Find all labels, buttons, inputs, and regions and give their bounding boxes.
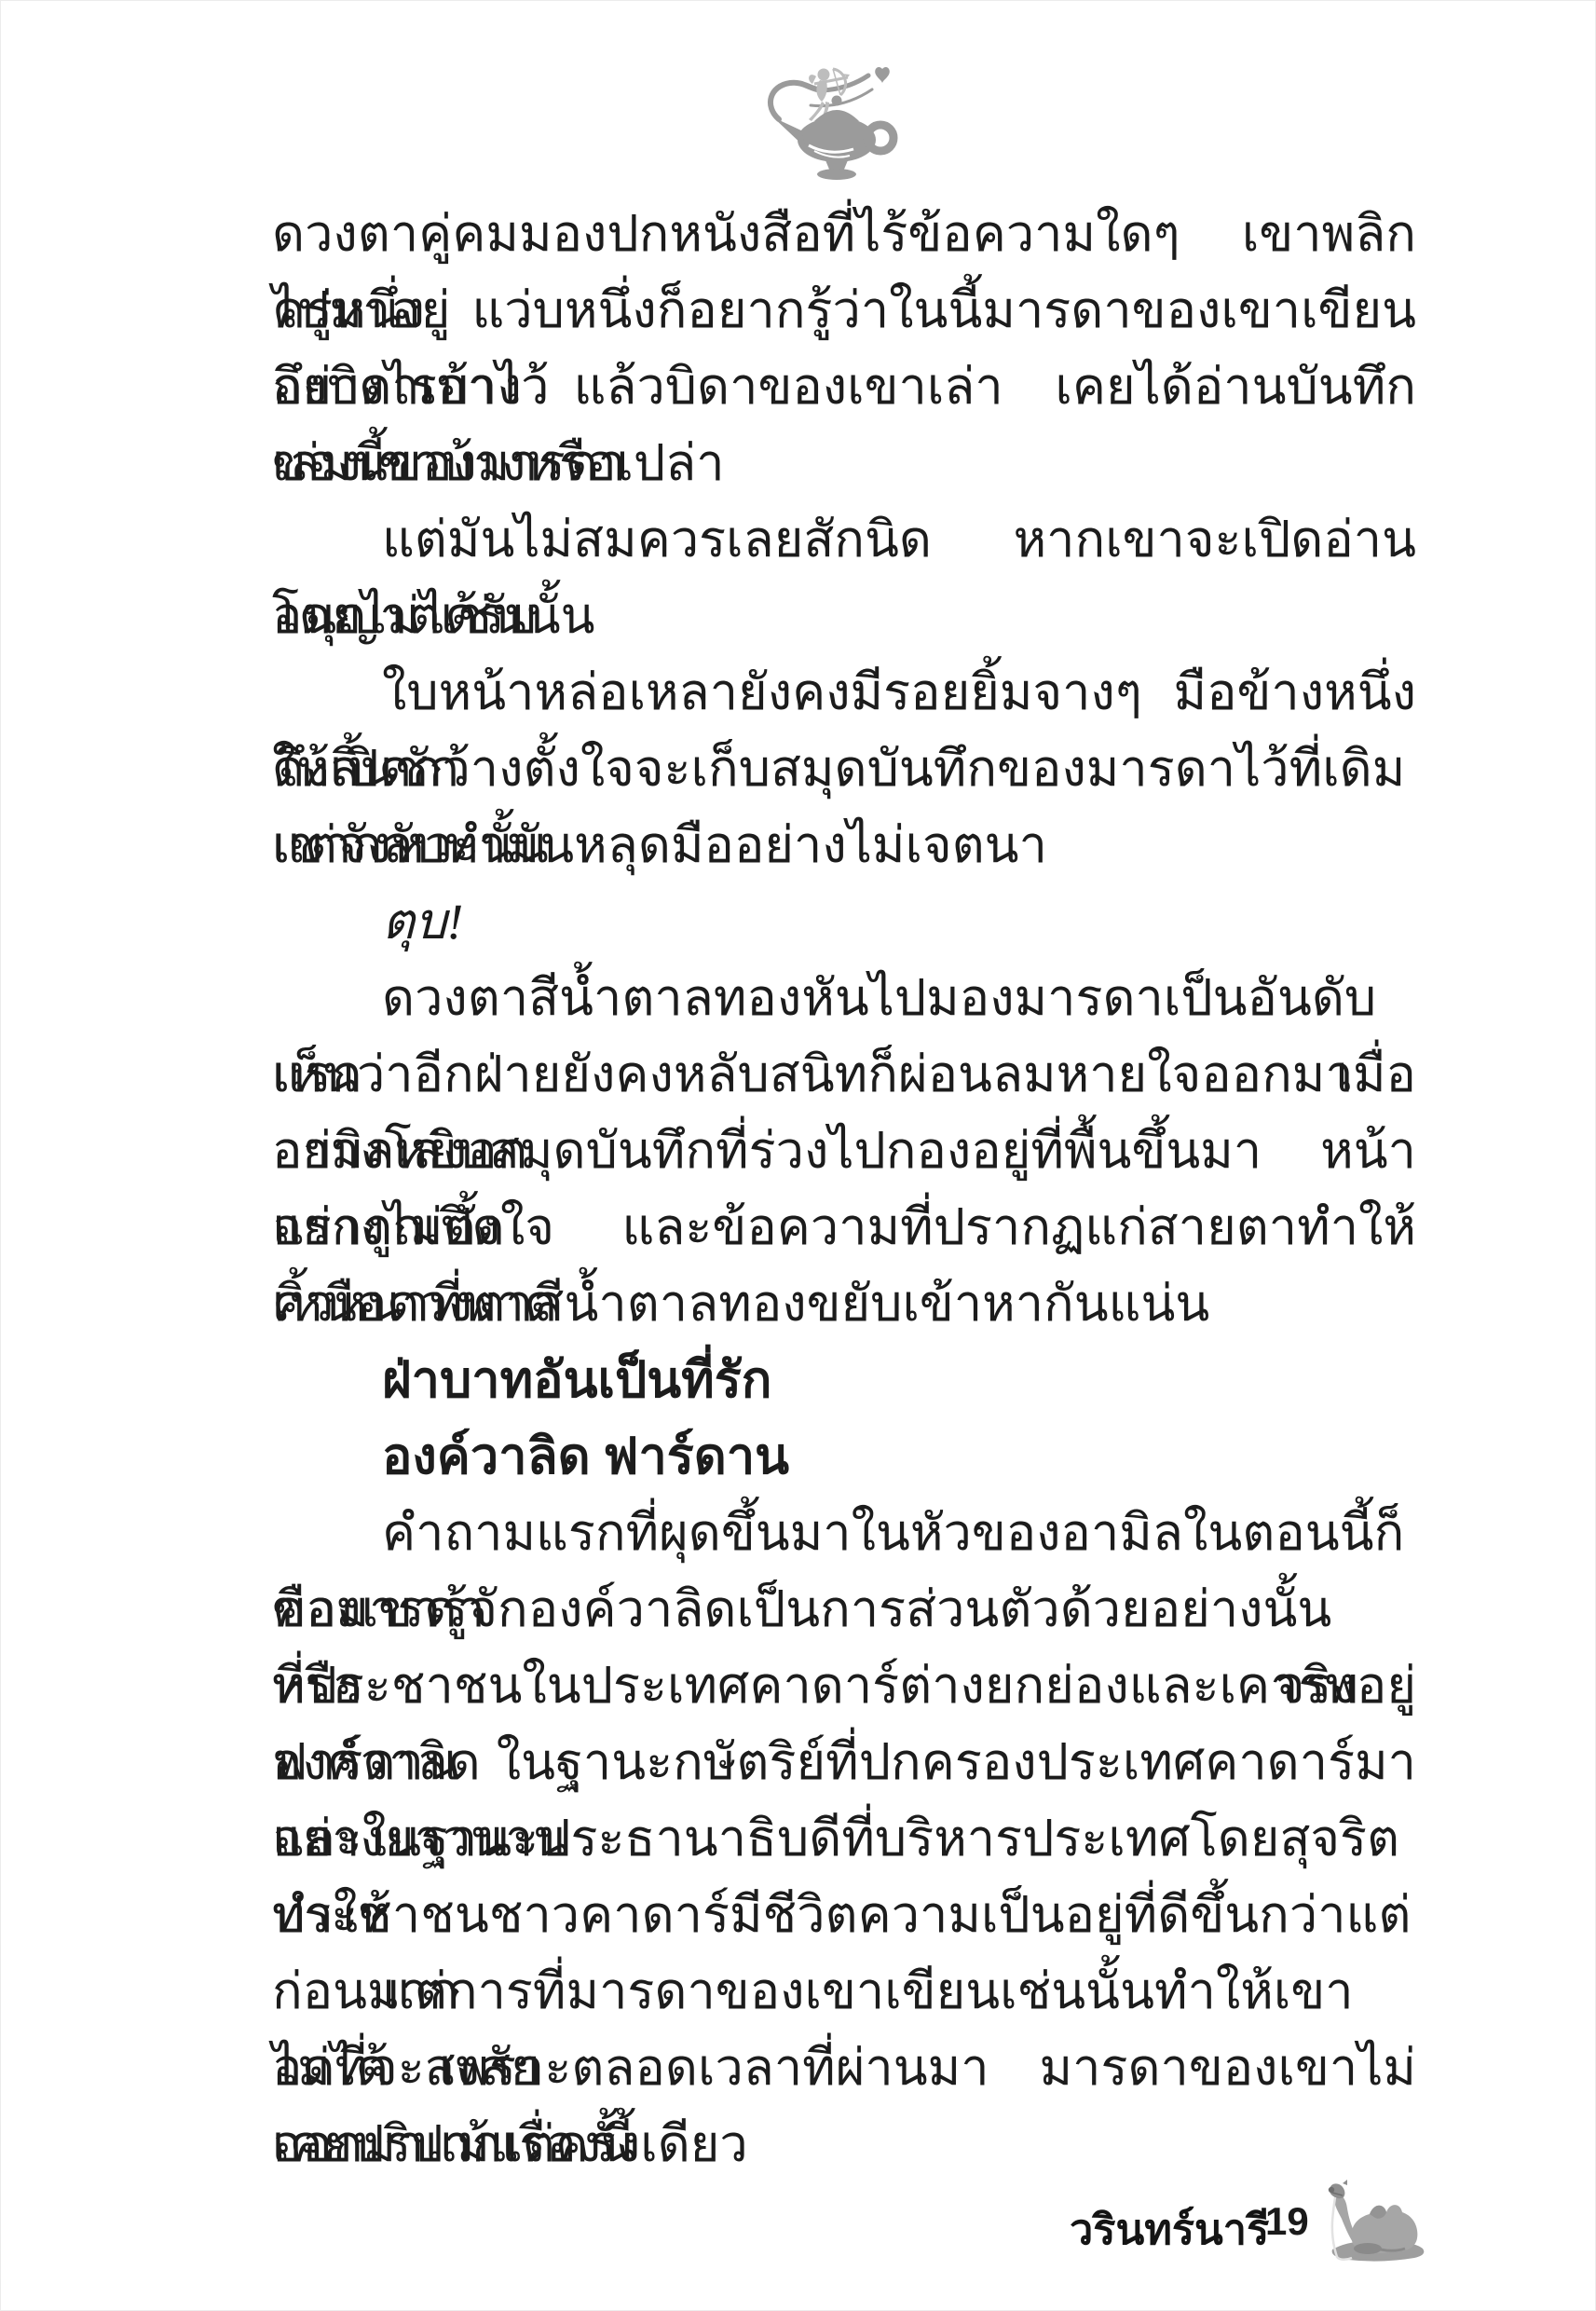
text-line: ของเขารู้จักองค์วาลิดเป็นการส่วนตัวด้วยอ… <box>272 1571 1416 1648</box>
letter-salutation-line: ฝ่าบาทอันเป็นที่รัก <box>272 1342 1416 1418</box>
footer-book-title: วรินทร์นารี <box>1070 2195 1269 2263</box>
text-line: ดวงตาคู่คมมองปกหนังสือที่ไร้ข้อความใดๆ เ… <box>272 196 1416 272</box>
genie-lamp-ornament-icon <box>757 63 906 185</box>
text-line: ไม่ได้ เพราะตลอดเวลาที่ผ่านมา มารดาของเข… <box>272 2030 1416 2106</box>
text-line: อย่างไรบ้าง แล้วบิดาของเขาเล่า เคยได้อ่า… <box>272 349 1416 425</box>
text-line: เขากลับทำมันหลุดมืออย่างไม่เจตนา <box>272 807 1416 883</box>
text-line: อย่างไม่ตั้งใจ และข้อความที่ปรากฏแก่สายต… <box>272 1189 1416 1265</box>
page-text-block: ดวงตาคู่คมมองปกหนังสือที่ไร้ข้อความใดๆ เ… <box>272 196 1416 2182</box>
camel-icon <box>1325 2177 1429 2264</box>
text-line: เห็นว่าอีกฝ่ายยังคงหลับสนิทก็ผ่อนลมหายใจ… <box>272 1036 1416 1113</box>
text-line: เหนือดวงตาสีน้ำตาลทองขยับเข้าหากันแน่น <box>272 1265 1416 1342</box>
text-line: แต่การที่มารดาของเขาเขียนเช่นนั้นทำให้เข… <box>272 1953 1416 2030</box>
text-line: ฟาร์ดาน ในฐานะกษัตริย์ที่ปกครองประเทศคาด… <box>272 1724 1416 1800</box>
text-line: แต่มันไม่สมควรเลยสักนิด หากเขาจะเปิดอ่าน… <box>272 501 1416 578</box>
text-line: และในฐานะประธานาธิบดีที่บริหารประเทศโดยส… <box>272 1800 1416 1877</box>
genie-lamp-icon <box>773 96 893 181</box>
text-line: ของเขาบ้างหรือเปล่า <box>272 425 1416 501</box>
heart-icon <box>875 67 890 83</box>
book-page: { "page": { "background_color": "#ffffff… <box>0 0 1596 2311</box>
text-line: ประชาชนชาวคาดาร์มีชีวิตความเป็นอยู่ที่ดี… <box>272 1877 1416 1953</box>
sound-effect-line: ตุบ! <box>272 883 1416 960</box>
text-line: อนุญาตเช่นนั้น <box>272 578 1416 654</box>
text-line: ดวงตาสีน้ำตาลทองหันไปมองมารดาเป็นอันดับแ… <box>272 960 1416 1036</box>
text-line: อามิลหยิบสมุดบันทึกที่ร่วงไปกองอยู่ที่พื… <box>272 1113 1416 1189</box>
text-line: ให้เปิดกว้างตั้งใจจะเก็บสมุดบันทึกของมาร… <box>272 731 1416 807</box>
text-line: ออกมาแม้แต่ครั้งเดียว <box>272 2106 1416 2182</box>
text-line: ครู่หนึ่ง แว่บหนึ่งก็อยากรู้ว่าในนี้มารด… <box>272 272 1416 349</box>
text-line: คำถามแรกที่ผุดขึ้นมาในหัวของอามิลในตอนนี… <box>272 1495 1416 1571</box>
footer-page-number: 19 <box>1265 2199 1309 2244</box>
text-line: ใบหน้าหล่อเหลายังคงมีรอยยิ้มจางๆ มือข้าง… <box>272 654 1416 731</box>
text-line: ที่ประชาชนในประเทศคาดาร์ต่างยกย่องและเคา… <box>272 1648 1416 1724</box>
letter-signature-line: องค์วาลิด ฟาร์ดาน <box>272 1418 1416 1495</box>
